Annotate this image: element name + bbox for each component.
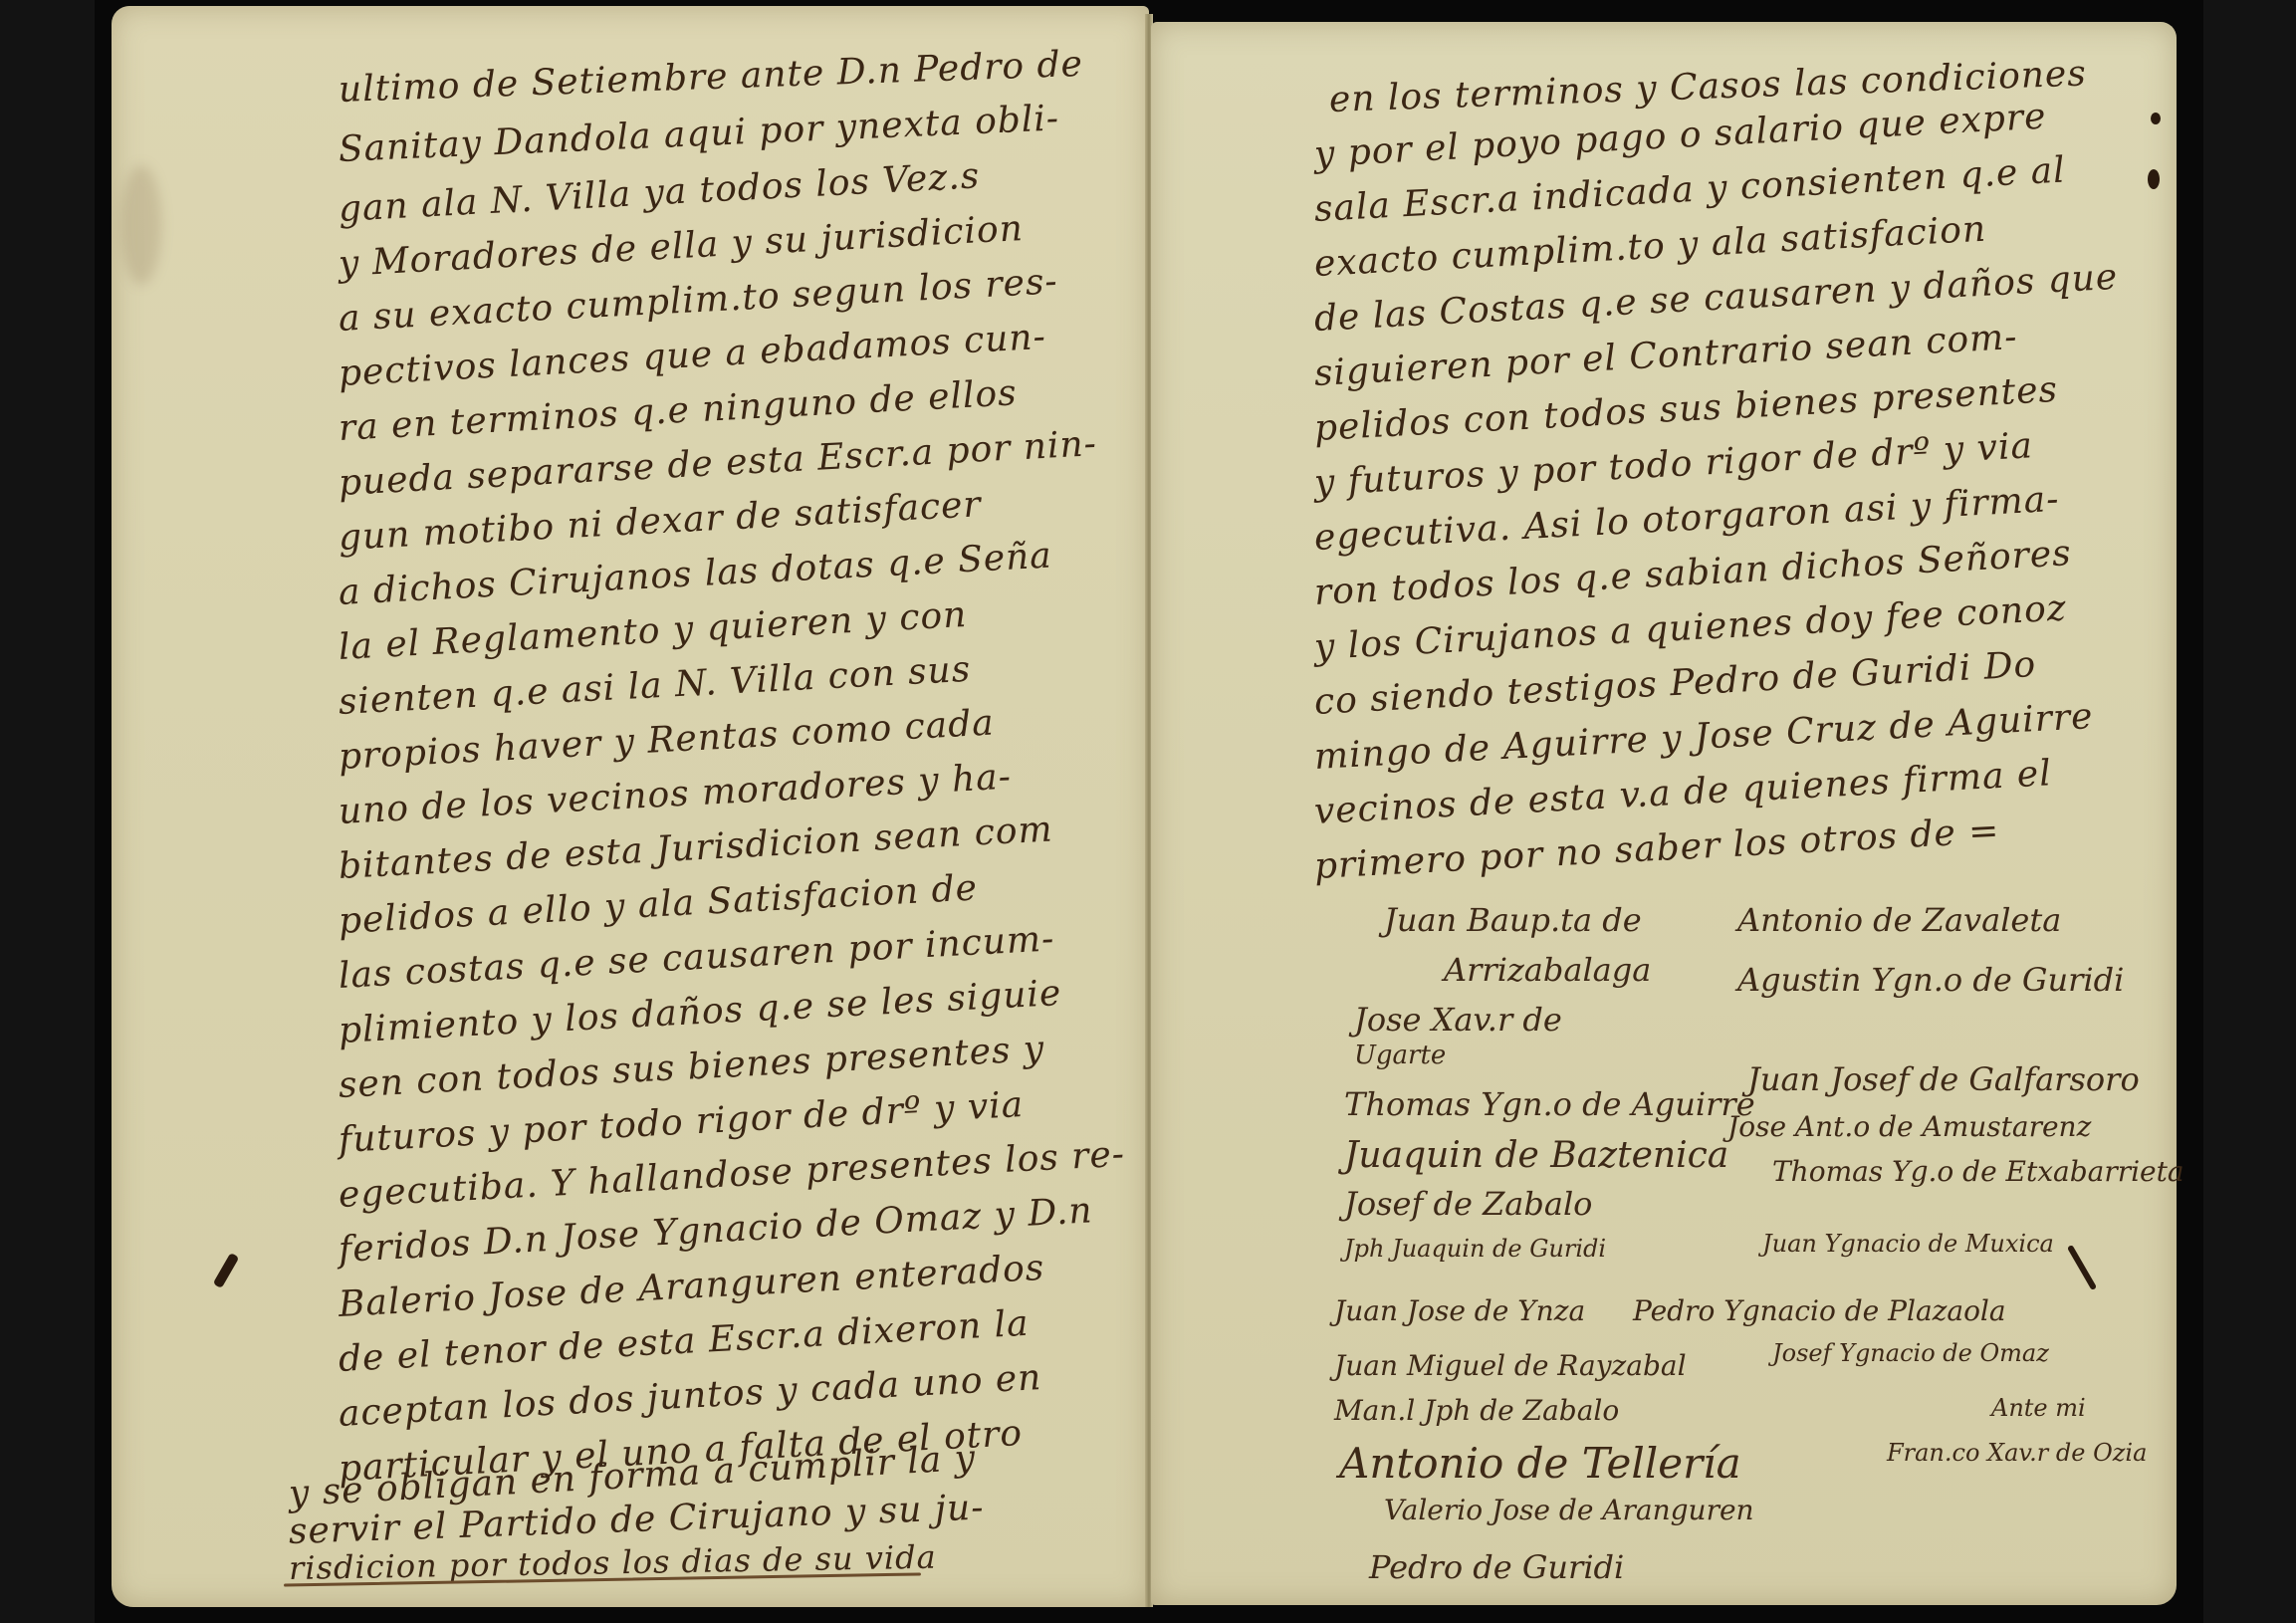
signature: Arrizabalaga: [1444, 951, 1651, 989]
signature: Thomas Ygn.o de Aguirre: [1344, 1085, 1755, 1123]
signature: Fran.co Xav.r de Ozia: [1887, 1439, 2147, 1467]
signature: Ante mi: [1991, 1394, 2086, 1422]
signature: Jph Juaquin de Guridi: [1344, 1235, 1606, 1263]
signature: Pedro de Guridi: [1369, 1548, 1624, 1586]
signature: Valerio Jose de Aranguren: [1384, 1494, 1754, 1526]
ink-blot: [2148, 169, 2160, 189]
signature: Jose Xav.r de: [1354, 1001, 1562, 1039]
signature: Josef de Zabalo: [1344, 1185, 1592, 1223]
signature: Agustin Ygn.o de Guridi: [1737, 961, 2124, 999]
ink-blot: [2151, 113, 2161, 124]
signature: Antonio de Tellería: [1339, 1439, 1741, 1488]
signature: Juan Miguel de Rayzabal: [1334, 1349, 1687, 1382]
edge-stain: [121, 165, 161, 285]
signature: Jose Ant.o de Amustarenz: [1727, 1110, 2091, 1143]
signature: Juan Ygnacio de Muxica: [1762, 1230, 2054, 1258]
signature: Juaquin de Baztenica: [1344, 1135, 1728, 1176]
signature: Ugarte: [1354, 1041, 1446, 1070]
signature: Juan Josef de Galfarsoro: [1747, 1060, 2140, 1098]
signature: Juan Jose de Ynza: [1334, 1294, 1585, 1327]
signature: Juan Baup.ta de: [1384, 901, 1642, 939]
signature: Antonio de Zavaleta: [1737, 901, 2061, 939]
signature: Thomas Yg.o de Etxabarrieta: [1772, 1155, 2184, 1188]
signature: Man.l Jph de Zabalo: [1334, 1394, 1619, 1427]
signature: Pedro Ygnacio de Plazaola: [1633, 1294, 2006, 1327]
signature: Josef Ygnacio de Omaz: [1772, 1339, 2049, 1367]
